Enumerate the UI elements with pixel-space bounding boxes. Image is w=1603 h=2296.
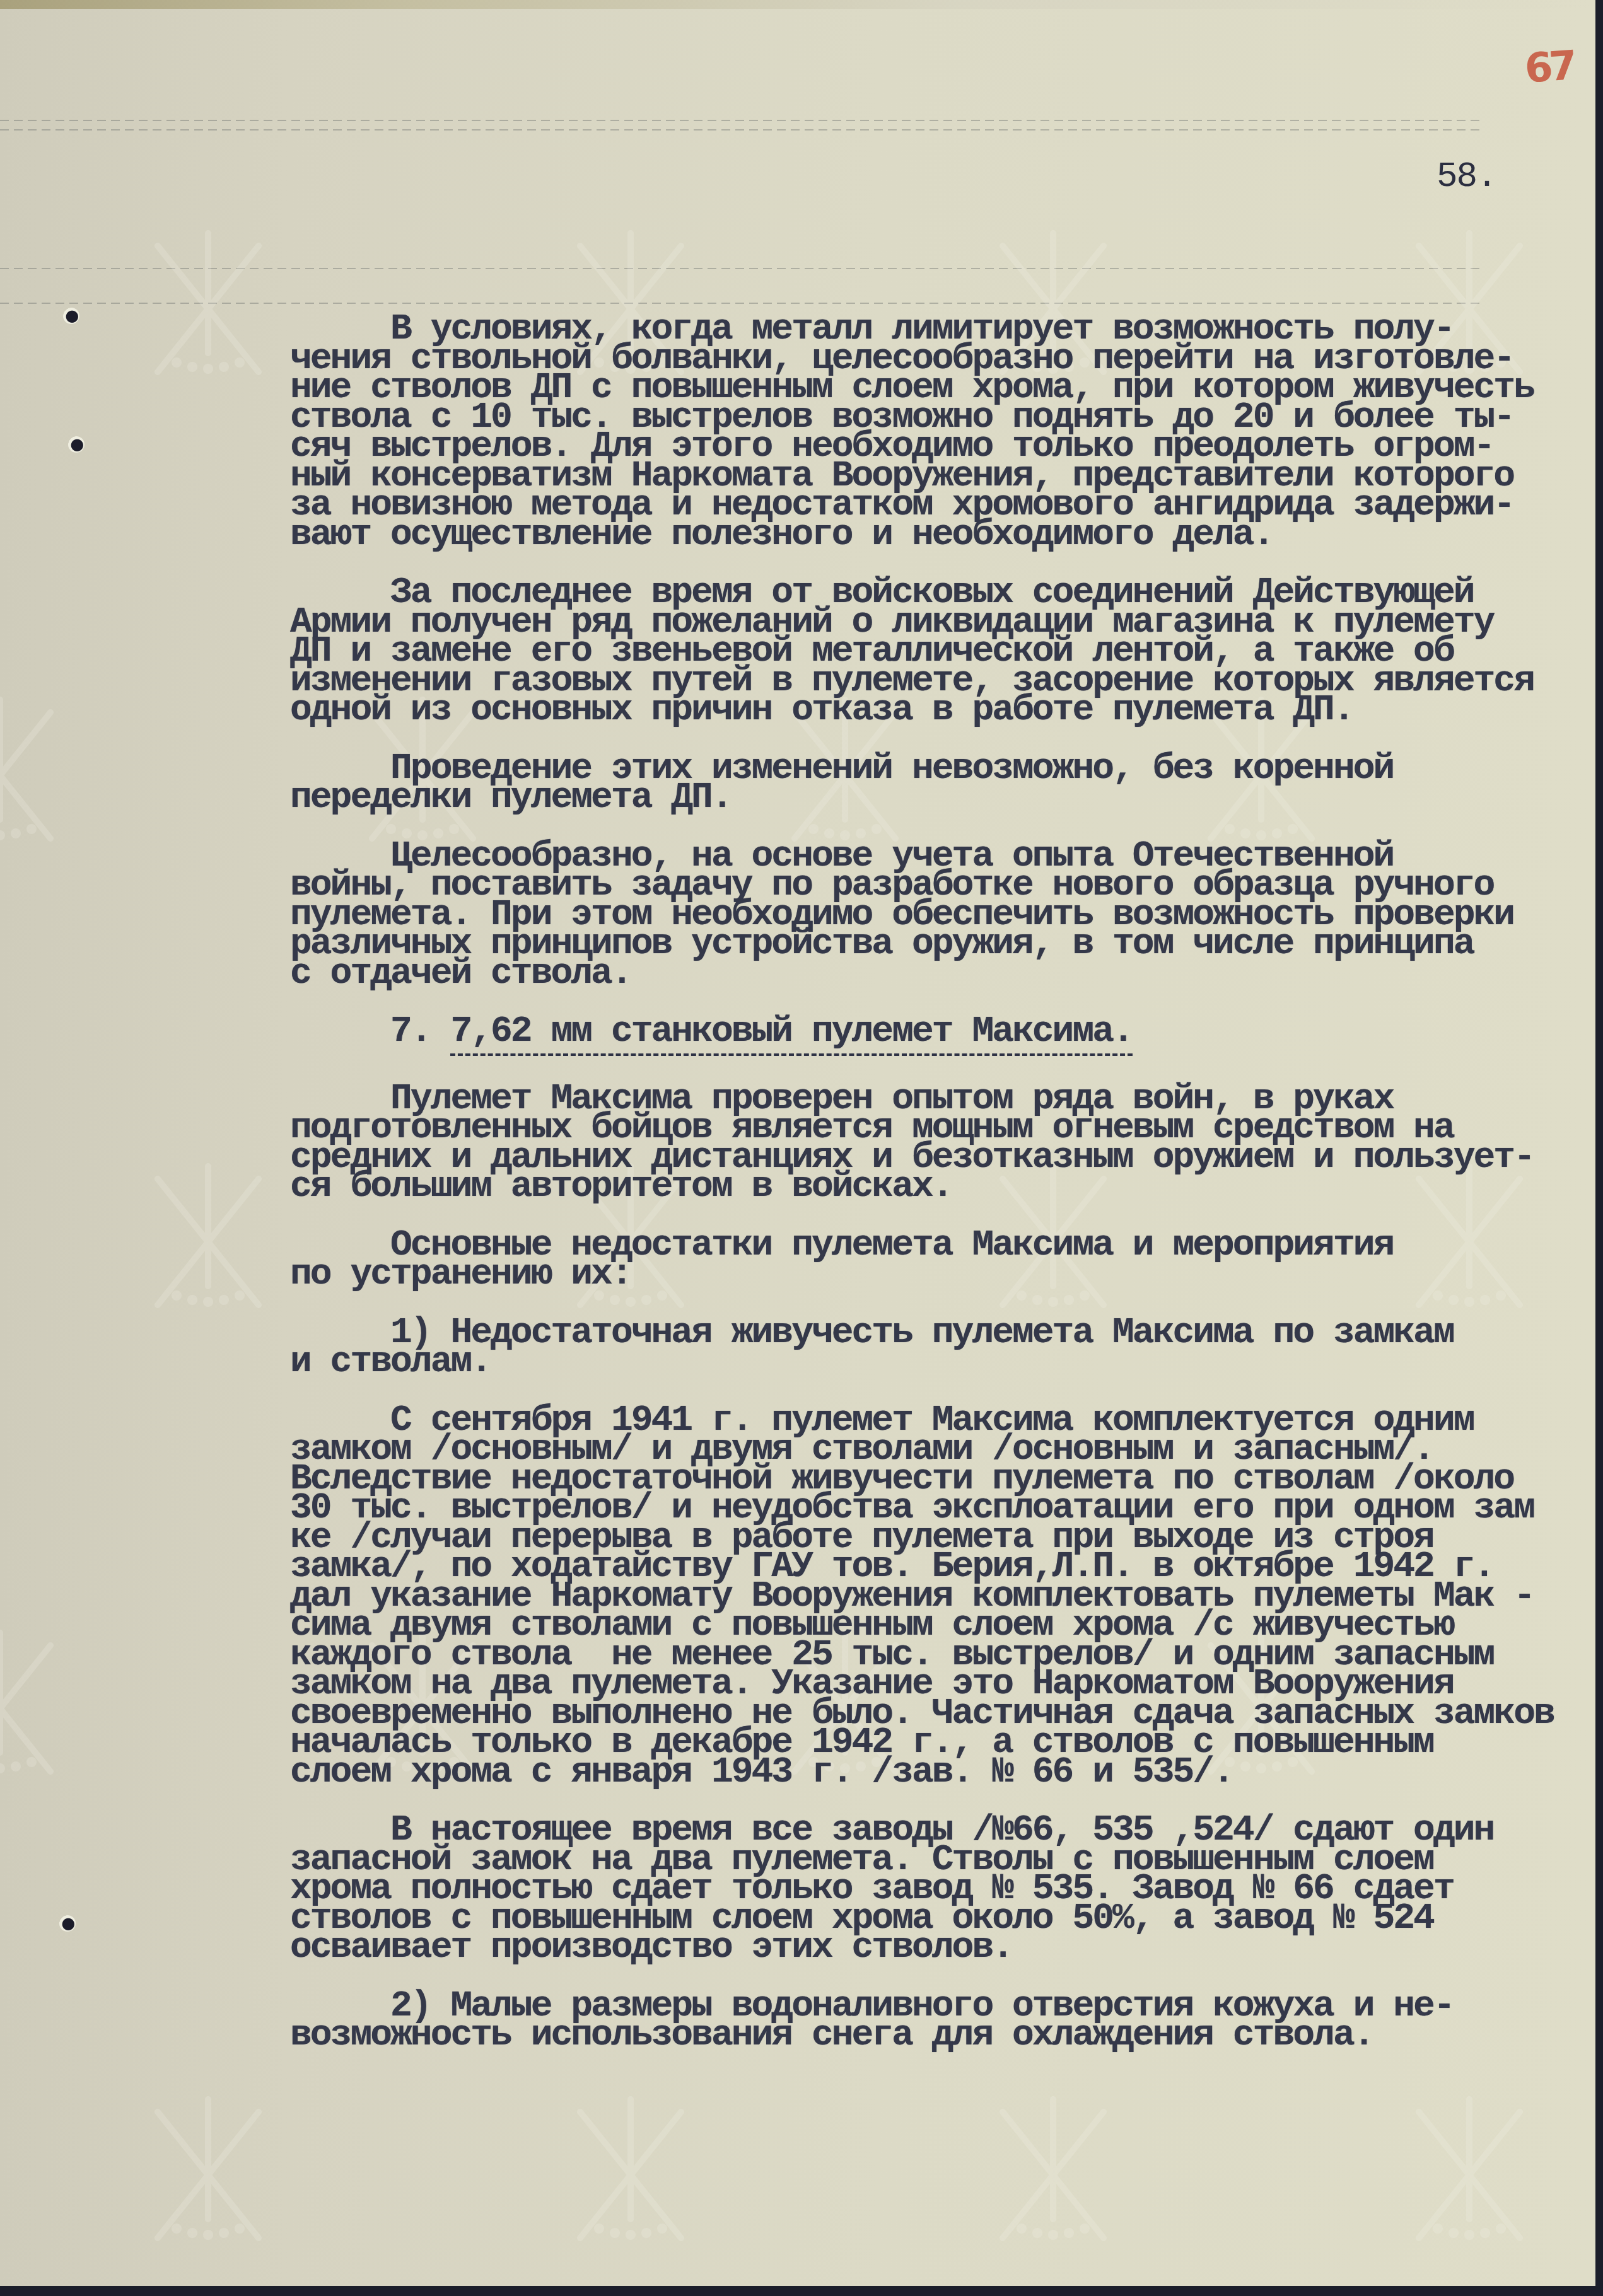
paragraphs-after-heading: Пулемет Максима проверен опытом ряда вой… [290,1085,1595,2051]
watermark-emblem [0,1626,69,1790]
watermark-emblem [1400,2093,1539,2257]
archive-sheet-number: 67 [1524,42,1575,92]
paragraph-p10: 2) Малые размеры водоналивного отверстия… [290,1992,1595,2051]
watermark-emblem [0,693,69,857]
watermark-emblem [561,2093,700,2257]
watermark-emblem [139,1160,277,1324]
paragraph-p7: 1) Недостаточная живучесть пулемета Макс… [290,1319,1595,1377]
typewritten-body: В условиях, когда металл лимитирует возм… [290,315,1595,2080]
paragraph-p9: В настоящее время все заводы /№66, 535 ,… [290,1816,1595,1963]
form-rule-line [0,129,1482,130]
punch-hole [63,308,79,324]
paragraph-p1: В условиях, когда металл лимитирует возм… [290,315,1595,550]
section-heading: 7. 7,62 мм станковый пулемет Максима. [290,1018,1595,1047]
paragraph-p2: За последнее время от войсковых соединен… [290,579,1595,726]
section-number: 7. [290,1011,450,1052]
paragraph-p8: С сентября 1941 г. пулемет Максима компл… [290,1406,1595,1788]
scan-right-border [1595,0,1603,2296]
watermark-emblem [139,227,277,391]
paragraphs-before-heading: В условиях, когда металл лимитирует возм… [290,315,1595,989]
section-title: 7,62 мм станковый пулемет Максима. [450,1011,1132,1056]
punch-hole [59,1915,76,1932]
watermark-emblem [139,2093,277,2257]
paragraph-p3: Проведение этих изменений невозможно, бе… [290,755,1595,813]
paragraph-p6: Основные недостатки пулемета Максима и м… [290,1231,1595,1290]
scan-bottom-border [0,2286,1603,2296]
scan-top-shadow [0,0,1595,9]
paragraph-p4: Целесообразно, на основе учета опыта Оте… [290,842,1595,989]
page-number: 58. [1437,156,1496,197]
document-page: 67 58. В условиях, когда металл лимитиру… [0,0,1595,2287]
punch-hole [68,436,85,453]
watermark-emblem [984,2093,1122,2257]
paragraph-p5: Пулемет Максима проверен опытом ряда вой… [290,1085,1595,1202]
form-rule-line [0,120,1482,121]
